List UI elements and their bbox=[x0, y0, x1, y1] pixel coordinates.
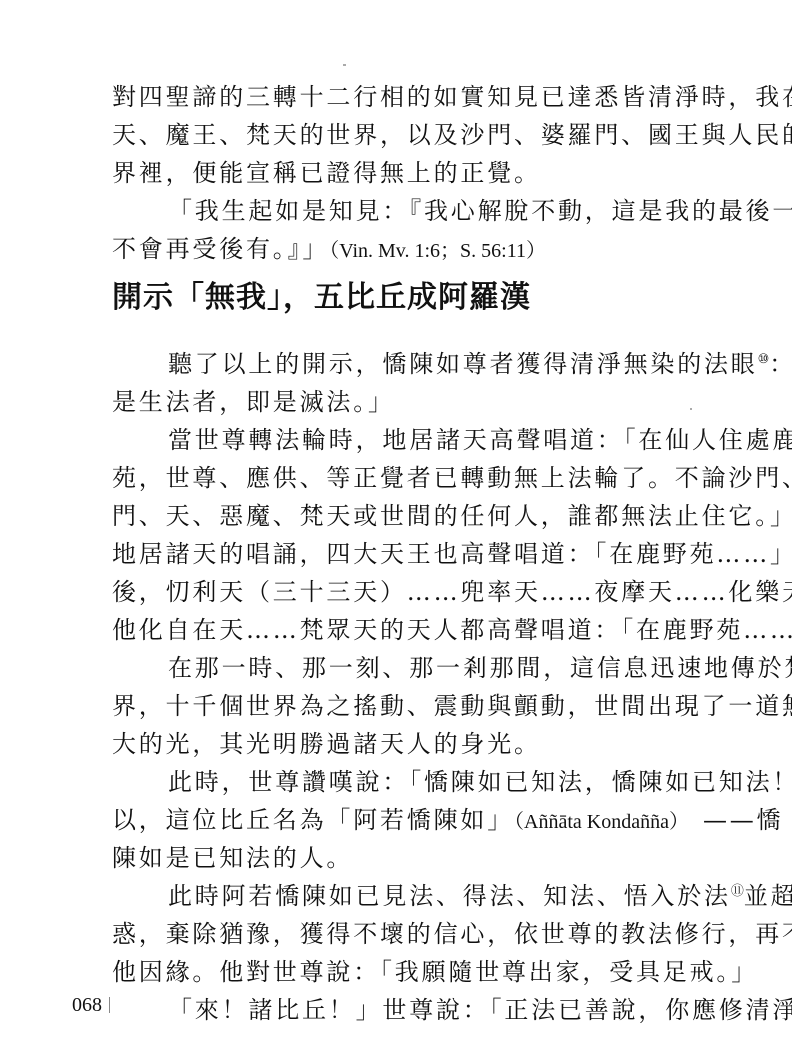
paragraph-line: 聽了以上的開示，憍陳如尊者獲得清淨無染的法眼⑩：「凡 bbox=[112, 345, 700, 383]
page-number: 068 bbox=[72, 994, 102, 1017]
line-text: 聽了以上的開示，憍陳如尊者獲得清淨無染的法眼 bbox=[168, 350, 758, 378]
paragraph-line: 苑，世尊、應供、等正覺者已轉動無上法輪了。不論沙門、婆羅 bbox=[112, 459, 700, 497]
line-text: ——憍 bbox=[689, 806, 783, 834]
footnote-marker-11[interactable]: ⑪ bbox=[731, 884, 744, 899]
section-heading: 開示「無我」，五比丘成阿羅漢 bbox=[112, 272, 531, 316]
folio-divider bbox=[109, 997, 110, 1013]
line-text: ：「凡 bbox=[769, 350, 792, 378]
paragraph-line: 他化自在天……梵眾天的天人都高聲唱道：「在鹿野苑……」 bbox=[112, 611, 700, 649]
paragraph-line: 此時阿若憍陳如已見法、得法、知法、悟入於法⑪並超越疑 bbox=[112, 877, 700, 915]
paragraph-line: 他因緣。他對世尊說：「我願隨世尊出家，受具足戒。」 bbox=[112, 953, 700, 991]
paragraph-line: 天、魔王、梵天的世界，以及沙門、婆羅門、國王與人民的眾生 bbox=[112, 116, 700, 154]
paragraph-line: 此時，世尊讚嘆說：「憍陳如已知法，憍陳如已知法！」所 bbox=[112, 763, 700, 801]
paragraph-line: 「我生起如是知見：『我心解脫不動，這是我的最後一生， bbox=[112, 192, 700, 230]
paragraph-line: 界裡，便能宣稱已證得無上的正覺。 bbox=[112, 154, 700, 192]
paragraph-line: 大的光，其光明勝過諸天人的身光。 bbox=[112, 725, 700, 763]
paragraph-line: 不會再受後有。』」（Vin. Mv. 1:6；S. 56:11） bbox=[112, 230, 700, 268]
paragraph-line: 地居諸天的唱誦，四大天王也高聲唱道：「在鹿野苑……」之 bbox=[112, 535, 700, 573]
paragraph-line: 陳如是已知法的人。 bbox=[112, 839, 700, 877]
line-text: 並超越疑 bbox=[744, 882, 792, 910]
footnote-marker-10[interactable]: ⑩ bbox=[758, 352, 770, 367]
top-text-block: 對四聖諦的三轉十二行相的如實知見已達悉皆清淨時，我在諸 天、魔王、梵天的世界，以… bbox=[112, 78, 700, 268]
quote-text: 不會再受後有。』」 bbox=[112, 235, 329, 263]
citation: （Vin. Mv. 1:6；S. 56:11） bbox=[329, 240, 546, 262]
paragraph-line: 界，十千個世界為之搖動、震動與顫動，世間出現了一道無量廣 bbox=[112, 687, 700, 725]
line-text: 以，這位比丘名為「阿若憍陳如」 bbox=[112, 806, 514, 834]
scan-speck bbox=[343, 64, 346, 66]
paragraph-line: 在那一時、那一刻、那一剎那間，這信息迅速地傳於梵天 bbox=[112, 649, 700, 687]
line-text: 此時阿若憍陳如已見法、得法、知法、悟入於法 bbox=[168, 882, 731, 910]
paragraph-line: 對四聖諦的三轉十二行相的如實知見已達悉皆清淨時，我在諸 bbox=[112, 78, 700, 116]
pali-name: （Aññāta Kondañña） bbox=[514, 811, 689, 833]
body-text-block: 聽了以上的開示，憍陳如尊者獲得清淨無染的法眼⑩：「凡 是生法者，即是滅法。」 當… bbox=[112, 345, 700, 1029]
paragraph-line: 以，這位比丘名為「阿若憍陳如」（Aññāta Kondañña）——憍 bbox=[112, 801, 700, 839]
paragraph-line: 當世尊轉法輪時，地居諸天高聲唱道：「在仙人住處鹿野 bbox=[112, 421, 700, 459]
paragraph-line: 惑，棄除猶豫，獲得不壞的信心，依世尊的教法修行，再不依其 bbox=[112, 915, 700, 953]
paragraph-line: 是生法者，即是滅法。」 bbox=[112, 383, 700, 421]
paragraph-line: 「來！諸比丘！」世尊說：「正法已善說，你應修清淨梵 bbox=[112, 991, 700, 1029]
paragraph-line: 門、天、惡魔、梵天或世間的任何人，誰都無法止住它。」聽到 bbox=[112, 497, 700, 535]
paragraph-line: 後，忉利天（三十三天）……兜率天……夜摩天……化樂天…… bbox=[112, 573, 700, 611]
